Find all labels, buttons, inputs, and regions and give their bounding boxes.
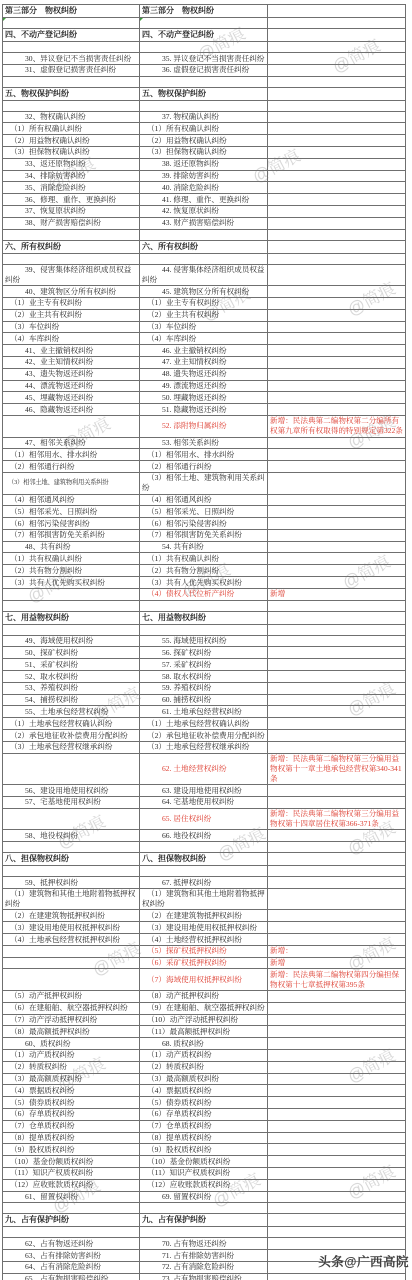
table-row: 62、占有物返还纠纷70. 占有物返还纠纷 — [3, 1238, 406, 1250]
new-cause-cell: （11）知识产权质权纠纷 — [140, 1167, 268, 1179]
old-cause-cell: （3）担保物权确认纠纷 — [3, 146, 140, 158]
change-note-cell — [268, 472, 406, 494]
spacer-row — [3, 42, 406, 53]
change-note-cell — [268, 1061, 406, 1073]
change-note-cell — [268, 600, 406, 611]
table-row: （2）共有物分割纠纷（2）共有物分割纠纷 — [3, 565, 406, 577]
change-note-cell — [268, 853, 406, 866]
new-cause-cell: 六、所有权纠纷 — [140, 240, 268, 253]
change-note-cell — [268, 990, 406, 1002]
change-note-cell: 新增 — [268, 957, 406, 969]
change-note-cell — [268, 87, 406, 100]
new-cause-cell: （2）相邻通行纠纷 — [140, 461, 268, 473]
new-cause-cell: 50. 埋藏物返还纠纷 — [140, 392, 268, 404]
table-row: （1）相邻用水、排水纠纷（1）相邻用水、排水纠纷 — [3, 449, 406, 461]
old-cause-cell: （2）共有物分割纠纷 — [3, 565, 140, 577]
old-cause-cell: 九、占有保护纠纷 — [3, 1214, 140, 1227]
table-row: 53、养殖权纠纷59. 养殖权纠纷 — [3, 682, 406, 694]
table-row: （1）建筑物和其他土地附着物抵押权纠纷（1）建筑物和其他土地附着物抵押权纠纷 — [3, 888, 406, 910]
table-row: （1）业主专有权纠纷（1）业主专有权纠纷 — [3, 297, 406, 309]
change-note-cell — [268, 624, 406, 635]
change-note-cell — [268, 194, 406, 206]
old-cause-cell: （4）土地承包经营权抵押权纠纷 — [3, 934, 140, 946]
new-cause-cell — [140, 253, 268, 264]
new-cause-cell: （2）在建建筑物抵押权纠纷 — [140, 910, 268, 922]
old-cause-cell: （7）相邻损害防免关系纠纷 — [3, 529, 140, 541]
new-cause-cell: （11）最高额抵押权纠纷 — [140, 1026, 268, 1038]
section-header-row: 六、所有权纠纷六、所有权纠纷 — [3, 240, 406, 253]
change-note-cell — [268, 577, 406, 589]
old-cause-cell — [3, 842, 140, 853]
new-cause-cell — [140, 100, 268, 111]
old-cause-cell: （3）土地承包经营权继承纠纷 — [3, 741, 140, 753]
new-cause-cell: 70. 占有物返还纠纷 — [140, 1238, 268, 1250]
table-row: 57、宅基地使用权纠纷64. 宅基地使用权纠纷 — [3, 796, 406, 808]
change-note-cell — [268, 356, 406, 368]
change-note-cell — [268, 146, 406, 158]
old-cause-cell: （7）仓单质权纠纷 — [3, 1120, 140, 1132]
table-row: （5）探矿权抵押权纠纷新增： — [3, 945, 406, 957]
table-row: （8）最高额抵押权纠纷（11）最高额抵押权纠纷 — [3, 1026, 406, 1038]
old-cause-cell — [3, 76, 140, 87]
old-cause-cell — [3, 1203, 140, 1214]
table-row: （9）股权质权纠纷（9）股权质权纠纷 — [3, 1144, 406, 1156]
change-note-cell — [268, 1227, 406, 1238]
change-note-cell — [268, 449, 406, 461]
section-header-row: 九、占有保护纠纷九、占有保护纠纷 — [3, 1214, 406, 1227]
new-cause-cell: 39. 排除妨害纠纷 — [140, 170, 268, 182]
new-cause-cell — [140, 76, 268, 87]
new-cause-cell: 71. 占有排除妨害纠纷 — [140, 1250, 268, 1262]
change-note-cell — [268, 240, 406, 253]
old-cause-cell: 30、异议登记不当损害责任纠纷 — [3, 53, 140, 65]
change-note-cell — [268, 682, 406, 694]
old-cause-cell: 43、遗失物返还纠纷 — [3, 368, 140, 380]
old-cause-cell: 61、留置权纠纷 — [3, 1191, 140, 1203]
old-cause-cell: （1）业主专有权纠纷 — [3, 297, 140, 309]
new-cause-cell: （3）相邻土地、建筑物利用关系纠纷 — [140, 472, 268, 494]
table-row: （4）债权人代位析产纠纷新增 — [3, 588, 406, 600]
new-cause-cell: 64. 宅基地使用权纠纷 — [140, 796, 268, 808]
table-row: （6）相邻污染侵害纠纷（6）相邻污染侵害纠纷 — [3, 518, 406, 530]
change-note-cell — [268, 1073, 406, 1085]
change-note-cell: 新增：民法典第二编物权第二分编所有权第九章所有权取得的特别规定第322条 — [268, 415, 406, 437]
old-cause-cell: （1）建筑物和其他土地附着物抵押权纠纷 — [3, 888, 140, 910]
spacer-row — [3, 600, 406, 611]
new-cause-cell: 35. 异议登记不当损害责任纠纷 — [140, 53, 268, 65]
change-note-cell — [268, 5, 406, 18]
spacer-row — [3, 18, 406, 29]
table-row: （2）承包地征收补偿费用分配纠纷（2）承包地征收补偿费用分配纠纷 — [3, 730, 406, 742]
change-note-cell — [268, 922, 406, 934]
table-row: 59、抵押权纠纷67. 抵押权纠纷 — [3, 877, 406, 889]
change-note-cell — [268, 392, 406, 404]
new-cause-cell: 46. 业主撤销权纠纷 — [140, 345, 268, 357]
new-cause-cell: 60. 捕捞权纠纷 — [140, 694, 268, 706]
change-note-cell — [268, 1097, 406, 1109]
table-row: 65. 居住权纠纷新增：民法典第二编物权第三分编用益物权第十四章居住权第366-… — [3, 808, 406, 830]
spacer-row — [3, 100, 406, 111]
change-note-cell — [268, 53, 406, 65]
new-cause-cell: 58. 取水权纠纷 — [140, 671, 268, 683]
new-cause-cell: 48. 遗失物返还纠纷 — [140, 368, 268, 380]
new-cause-cell: （1）共有权确认纠纷 — [140, 553, 268, 565]
new-cause-cell: （3）车位纠纷 — [140, 321, 268, 333]
old-cause-cell: （12）应收账款质权纠纷 — [3, 1179, 140, 1191]
new-cause-cell: 53. 相邻关系纠纷 — [140, 437, 268, 449]
change-note-cell — [268, 718, 406, 730]
table-row: （2）转质权纠纷（2）转质权纠纷 — [3, 1061, 406, 1073]
new-cause-cell: （2）业主共有权纠纷 — [140, 309, 268, 321]
old-cause-cell: （3）建设用地使用权抵押权纠纷 — [3, 922, 140, 934]
new-cause-cell: 八、担保物权纠纷 — [140, 853, 268, 866]
old-cause-cell — [3, 253, 140, 264]
old-cause-cell: （8）最高额抵押权纠纷 — [3, 1026, 140, 1038]
old-cause-cell: 64、占有消除危险纠纷 — [3, 1261, 140, 1273]
new-cause-cell: （2）用益物权确认纠纷 — [140, 135, 268, 147]
new-cause-cell: （1）所有权确认纠纷 — [140, 123, 268, 135]
table-row: 34、排除妨害纠纷39. 排除妨害纠纷 — [3, 170, 406, 182]
new-cause-cell: 43. 财产损害赔偿纠纷 — [140, 217, 268, 229]
old-cause-cell — [3, 808, 140, 830]
table-row: （2）业主共有权纠纷（2）业主共有权纠纷 — [3, 309, 406, 321]
new-cause-cell — [140, 42, 268, 53]
change-note-cell — [268, 647, 406, 659]
old-cause-cell: 51、采矿权纠纷 — [3, 659, 140, 671]
change-note-cell — [268, 888, 406, 910]
table-row: （7）相邻损害防免关系纠纷（7）相邻损害防免关系纠纷 — [3, 529, 406, 541]
old-cause-cell — [3, 753, 140, 784]
new-cause-cell: 九、占有保护纠纷 — [140, 1214, 268, 1227]
change-note-cell — [268, 565, 406, 577]
old-cause-cell — [3, 945, 140, 957]
old-cause-cell: 42、业主知情权纠纷 — [3, 356, 140, 368]
new-cause-cell: 七、用益物权纠纷 — [140, 611, 268, 624]
new-cause-cell: （8）动产抵押权纠纷 — [140, 990, 268, 1002]
old-cause-cell: 38、财产损害赔偿纠纷 — [3, 217, 140, 229]
change-note-cell — [268, 934, 406, 946]
new-cause-cell: 73. 占有物损害赔偿纠纷 — [140, 1273, 268, 1280]
table-row: 51、采矿权纠纷57. 采矿权纠纷 — [3, 659, 406, 671]
old-cause-cell: 56、建设用地使用权纠纷 — [3, 785, 140, 797]
old-cause-cell: （2）用益物权确认纠纷 — [3, 135, 140, 147]
old-cause-cell: 35、消除危险纠纷 — [3, 182, 140, 194]
table-row: 54、捕捞权纠纷60. 捕捞权纠纷 — [3, 694, 406, 706]
section-header-row: 四、不动产登记纠纷四、不动产登记纠纷 — [3, 29, 406, 42]
change-note-cell — [268, 345, 406, 357]
new-cause-cell: 69. 留置权纠纷 — [140, 1191, 268, 1203]
new-cause-cell: 38. 返还原物纠纷 — [140, 158, 268, 170]
old-cause-cell — [3, 415, 140, 437]
old-cause-cell: （7）动产浮动抵押权纠纷 — [3, 1014, 140, 1026]
old-cause-cell: （2）相邻通行纠纷 — [3, 461, 140, 473]
change-note-cell — [268, 1179, 406, 1191]
old-cause-cell: 52、取水权纠纷 — [3, 671, 140, 683]
old-cause-cell: （2）转质权纠纷 — [3, 1061, 140, 1073]
table-row: （12）应收账款质权纠纷（12）应收账款质权纠纷 — [3, 1179, 406, 1191]
table-row: 36、修理、重作、更换纠纷41. 修理、重作、更换纠纷 — [3, 194, 406, 206]
old-cause-cell: （8）提单质权纠纷 — [3, 1132, 140, 1144]
old-cause-cell: （5）债券质权纠纷 — [3, 1097, 140, 1109]
table-row: 55、土地承包经营权纠纷61. 土地承包经营权纠纷 — [3, 706, 406, 718]
old-cause-cell — [3, 1227, 140, 1238]
old-cause-cell — [3, 624, 140, 635]
old-cause-cell: （1）土地承包经营权确认纠纷 — [3, 718, 140, 730]
old-cause-cell: （1）动产质权纠纷 — [3, 1049, 140, 1061]
old-cause-cell: （3）车位纠纷 — [3, 321, 140, 333]
new-cause-cell: 41. 修理、重作、更换纠纷 — [140, 194, 268, 206]
change-note-cell — [268, 437, 406, 449]
old-cause-cell: 五、物权保护纠纷 — [3, 87, 140, 100]
change-note-cell — [268, 1273, 406, 1280]
change-note-cell — [268, 64, 406, 76]
new-cause-cell: （8）提单质权纠纷 — [140, 1132, 268, 1144]
new-cause-cell: 37. 物权确认纠纷 — [140, 111, 268, 123]
table-row: 42、业主知情权纠纷47. 业主知情权纠纷 — [3, 356, 406, 368]
table-row: （1）动产质权纠纷（1）动产质权纠纷 — [3, 1049, 406, 1061]
spacer-row — [3, 1227, 406, 1238]
new-cause-cell: 68. 质权纠纷 — [140, 1038, 268, 1050]
case-cause-comparison-table: 第三部分 物权纠纷第三部分 物权纠纷四、不动产登记纠纷四、不动产登记纠纷30、异… — [2, 4, 406, 1280]
table-row: 35、消除危险纠纷40. 消除危险纠纷 — [3, 182, 406, 194]
spacer-row — [3, 253, 406, 264]
old-cause-cell: （1）共有权确认纠纷 — [3, 553, 140, 565]
new-cause-cell: （1）土地承包经营权确认纠纷 — [140, 718, 268, 730]
new-cause-cell: 56. 探矿权纠纷 — [140, 647, 268, 659]
section-header-row: 第三部分 物权纠纷第三部分 物权纠纷 — [3, 5, 406, 18]
table-row: （7）动产浮动抵押权纠纷（10）动产浮动抵押权纠纷 — [3, 1014, 406, 1026]
change-note-cell — [268, 541, 406, 553]
table-row: （1）共有权确认纠纷（1）共有权确认纠纷 — [3, 553, 406, 565]
change-note-cell — [268, 635, 406, 647]
old-cause-cell: 49、海域使用权纠纷 — [3, 635, 140, 647]
old-cause-cell: 39、侵害集体经济组织成员权益纠纷 — [3, 264, 140, 286]
old-cause-cell: （1）相邻用水、排水纠纷 — [3, 449, 140, 461]
section-header-row: 五、物权保护纠纷五、物权保护纠纷 — [3, 87, 406, 100]
new-cause-cell: （3）最高额质权纠纷 — [140, 1073, 268, 1085]
spacer-row — [3, 76, 406, 87]
change-note-cell — [268, 380, 406, 392]
old-cause-cell: 65、占有物损害赔偿纠纷 — [3, 1273, 140, 1280]
new-cause-cell: （4）债权人代位析产纠纷 — [140, 588, 268, 600]
table-row: 50、探矿权纠纷56. 探矿权纠纷 — [3, 647, 406, 659]
old-cause-cell: 34、排除妨害纠纷 — [3, 170, 140, 182]
new-cause-cell: 五、物权保护纠纷 — [140, 87, 268, 100]
change-note-cell — [268, 796, 406, 808]
table-row: （3）土地承包经营权继承纠纷（3）土地承包经营权继承纠纷 — [3, 741, 406, 753]
old-cause-cell: （5）相邻采光、日照纠纷 — [3, 506, 140, 518]
new-cause-cell: 40. 消除危险纠纷 — [140, 182, 268, 194]
table-row: （3）建设用地使用权抵押权纠纷（3）建设用地使用权抵押权纠纷 — [3, 922, 406, 934]
table-row: 65、占有物损害赔偿纠纷73. 占有物损害赔偿纠纷 — [3, 1273, 406, 1280]
table-row: 33、返还原物纠纷38. 返还原物纠纷 — [3, 158, 406, 170]
new-cause-cell: 42. 恢复原状纠纷 — [140, 205, 268, 217]
table-row: 43、遗失物返还纠纷48. 遗失物返还纠纷 — [3, 368, 406, 380]
table-row: （5）债券质权纠纷（5）债券质权纠纷 — [3, 1097, 406, 1109]
old-cause-cell: 62、占有物返还纠纷 — [3, 1238, 140, 1250]
old-cause-cell: 58、地役权纠纷 — [3, 830, 140, 842]
table-row: 58、地役权纠纷66. 地役权纠纷 — [3, 830, 406, 842]
old-cause-cell: 31、虚假登记损害责任纠纷 — [3, 64, 140, 76]
table-row: （2）相邻通行纠纷（2）相邻通行纠纷 — [3, 461, 406, 473]
old-cause-cell: 40、建筑物区分所有权纠纷 — [3, 286, 140, 298]
change-note-cell — [268, 1014, 406, 1026]
cell-flag-indicator — [140, 18, 143, 21]
table-row: 48、共有纠纷54. 共有纠纷 — [3, 541, 406, 553]
table-row: 52、取水权纠纷58. 取水权纠纷 — [3, 671, 406, 683]
table-row: 61、留置权纠纷69. 留置权纠纷 — [3, 1191, 406, 1203]
new-cause-cell: 67. 抵押权纠纷 — [140, 877, 268, 889]
table-row: 60、质权纠纷68. 质权纠纷 — [3, 1038, 406, 1050]
table-row: （5）动产抵押权纠纷（8）动产抵押权纠纷 — [3, 990, 406, 1002]
table-row: 56、建设用地使用权纠纷63. 建设用地使用权纠纷 — [3, 785, 406, 797]
old-cause-cell: 七、用益物权纠纷 — [3, 611, 140, 624]
table-row: 52. 添附物归属纠纷新增：民法典第二编物权第二分编所有权第九章所有权取得的特别… — [3, 415, 406, 437]
new-cause-cell: （3）建设用地使用权抵押权纠纷 — [140, 922, 268, 934]
change-note-cell — [268, 1108, 406, 1120]
change-note-cell — [268, 671, 406, 683]
table-row: （3）相邻土地、建筑物利用关系纠纷（3）相邻土地、建筑物利用关系纠纷 — [3, 472, 406, 494]
table-row: （7）仓单质权纠纷（7）仓单质权纠纷 — [3, 1120, 406, 1132]
change-note-cell — [268, 706, 406, 718]
change-note-cell — [268, 309, 406, 321]
new-cause-cell — [140, 1227, 268, 1238]
new-cause-cell: （2）承包地征收补偿费用分配纠纷 — [140, 730, 268, 742]
change-note-cell — [268, 611, 406, 624]
change-note-cell — [268, 494, 406, 506]
change-note-cell — [268, 741, 406, 753]
new-cause-cell: （3）土地承包经营权继承纠纷 — [140, 741, 268, 753]
old-cause-cell: 41、业主撤销权纠纷 — [3, 345, 140, 357]
old-cause-cell: 48、共有纠纷 — [3, 541, 140, 553]
table-row: （5）相邻采光、日照纠纷（5）相邻采光、日照纠纷 — [3, 506, 406, 518]
change-note-cell — [268, 253, 406, 264]
table-row: （1）土地承包经营权确认纠纷（1）土地承包经营权确认纠纷 — [3, 718, 406, 730]
old-cause-cell — [3, 100, 140, 111]
change-note-cell — [268, 529, 406, 541]
new-cause-cell: 51. 隐藏物返还纠纷 — [140, 404, 268, 416]
new-cause-cell: （1）业主专有权纠纷 — [140, 297, 268, 309]
table-row: （3）最高额质权纠纷（3）最高额质权纠纷 — [3, 1073, 406, 1085]
new-cause-cell: 52. 添附物归属纠纷 — [140, 415, 268, 437]
new-cause-cell: （1）动产质权纠纷 — [140, 1049, 268, 1061]
change-note-cell — [268, 29, 406, 42]
old-cause-cell — [3, 866, 140, 877]
change-note-cell — [268, 1049, 406, 1061]
table-row: 47、相邻关系纠纷53. 相邻关系纠纷 — [3, 437, 406, 449]
old-cause-cell: （6）存单质权纠纷 — [3, 1108, 140, 1120]
old-cause-cell: （4）相邻通风纠纷 — [3, 494, 140, 506]
new-cause-cell: （12）应收账款质权纠纷 — [140, 1179, 268, 1191]
change-note-cell: 新增：民法典第二编物权第三分编用益物权第十四章居住权第366-371条 — [268, 808, 406, 830]
change-note-cell — [268, 1156, 406, 1168]
change-note-cell — [268, 42, 406, 53]
table-row: （6）在建船舶、航空器抵押权纠纷（9）在建船舶、航空器抵押权纠纷 — [3, 1002, 406, 1014]
new-cause-cell: （9）在建船舶、航空器抵押权纠纷 — [140, 1002, 268, 1014]
new-cause-cell: （6）存单质权纠纷 — [140, 1108, 268, 1120]
table-row: （3）共有人优先购买权纠纷（3）共有人优先购买权纠纷 — [3, 577, 406, 589]
change-note-cell — [268, 659, 406, 671]
old-cause-cell — [3, 969, 140, 991]
old-cause-cell: 45、埋藏物返还纠纷 — [3, 392, 140, 404]
new-cause-cell: （4）票据质权纠纷 — [140, 1085, 268, 1097]
change-note-cell — [268, 76, 406, 87]
new-cause-cell: 45. 建筑物区分所有权纠纷 — [140, 286, 268, 298]
new-cause-cell: （5）相邻采光、日照纠纷 — [140, 506, 268, 518]
change-note-cell — [268, 1203, 406, 1214]
new-cause-cell: （1）建筑物和其他土地附着物抵押权纠纷 — [140, 888, 268, 910]
change-note-cell — [268, 135, 406, 147]
old-cause-cell: 36、修理、重作、更换纠纷 — [3, 194, 140, 206]
table-row: （4）票据质权纠纷（4）票据质权纠纷 — [3, 1085, 406, 1097]
new-cause-cell: 72. 占有消除危险纠纷 — [140, 1261, 268, 1273]
table-row: 39、侵害集体经济组织成员权益纠纷44. 侵害集体经济组织成员权益纠纷 — [3, 264, 406, 286]
spacer-row — [3, 866, 406, 877]
change-note-cell — [268, 297, 406, 309]
new-cause-cell: （10）动产浮动抵押权纠纷 — [140, 1014, 268, 1026]
table-row: 44、漂流物返还纠纷49. 漂流物返还纠纷 — [3, 380, 406, 392]
table-row: （8）提单质权纠纷（8）提单质权纠纷 — [3, 1132, 406, 1144]
new-cause-cell: （7）相邻损害防免关系纠纷 — [140, 529, 268, 541]
new-cause-cell: （5）债券质权纠纷 — [140, 1097, 268, 1109]
new-cause-cell: （7）仓单质权纠纷 — [140, 1120, 268, 1132]
table-row: 49、海域使用权纠纷55. 海域使用权纠纷 — [3, 635, 406, 647]
change-note-cell — [268, 158, 406, 170]
old-cause-cell: （5）动产抵押权纠纷 — [3, 990, 140, 1002]
table-row: （6）采矿权抵押权纠纷新增 — [3, 957, 406, 969]
change-note-cell — [268, 217, 406, 229]
old-cause-cell — [3, 42, 140, 53]
old-cause-cell: 37、恢复原状纠纷 — [3, 205, 140, 217]
new-cause-cell: （4）土地经营权抵押权纠纷 — [140, 934, 268, 946]
old-cause-cell: 55、土地承包经营权纠纷 — [3, 706, 140, 718]
old-cause-cell: 33、返还原物纠纷 — [3, 158, 140, 170]
cell-flag-indicator — [3, 18, 6, 21]
spacer-row — [3, 1203, 406, 1214]
new-cause-cell: 55. 海域使用权纠纷 — [140, 635, 268, 647]
old-cause-cell: 53、养殖权纠纷 — [3, 682, 140, 694]
new-cause-cell: 第三部分 物权纠纷 — [140, 5, 268, 18]
table-row: （6）存单质权纠纷（6）存单质权纠纷 — [3, 1108, 406, 1120]
table-row: （1）所有权确认纠纷（1）所有权确认纠纷 — [3, 123, 406, 135]
new-cause-cell: （4）相邻通风纠纷 — [140, 494, 268, 506]
old-cause-cell: 八、担保物权纠纷 — [3, 853, 140, 866]
old-cause-cell — [3, 588, 140, 600]
change-note-cell — [268, 461, 406, 473]
old-cause-cell: 63、占有排除妨害纠纷 — [3, 1250, 140, 1262]
change-note-cell — [268, 1038, 406, 1050]
case-cause-comparison-page: @简痕@简痕@简痕@简痕@简痕@简痕@简痕@简痕@简痕@简痕@简痕@简痕@简痕@… — [0, 0, 412, 1280]
old-cause-cell: （3）相邻土地、建筑物利用关系纠纷 — [3, 472, 140, 494]
table-row: （4）土地承包经营权抵押权纠纷（4）土地经营权抵押权纠纷 — [3, 934, 406, 946]
new-cause-cell: 57. 采矿权纠纷 — [140, 659, 268, 671]
old-cause-cell: 54、捕捞权纠纷 — [3, 694, 140, 706]
new-cause-cell: （10）基金份额质权纠纷 — [140, 1156, 268, 1168]
old-cause-cell: （2）在建建筑物抵押权纠纷 — [3, 910, 140, 922]
table-row: （4）车库纠纷（4）车库纠纷 — [3, 333, 406, 345]
change-note-cell — [268, 1132, 406, 1144]
table-row: 41、业主撤销权纠纷46. 业主撤销权纠纷 — [3, 345, 406, 357]
old-cause-cell: （2）业主共有权纠纷 — [3, 309, 140, 321]
new-cause-cell: 36. 虚假登记损害责任纠纷 — [140, 64, 268, 76]
change-note-cell — [268, 730, 406, 742]
table-row: 40、建筑物区分所有权纠纷45. 建筑物区分所有权纠纷 — [3, 286, 406, 298]
old-cause-cell: （9）股权质权纠纷 — [3, 1144, 140, 1156]
old-cause-cell: 50、探矿权纠纷 — [3, 647, 140, 659]
new-cause-cell: （3）担保物权确认纠纷 — [140, 146, 268, 158]
table-row: （2）用益物权确认纠纷（2）用益物权确认纠纷 — [3, 135, 406, 147]
change-note-cell — [268, 830, 406, 842]
